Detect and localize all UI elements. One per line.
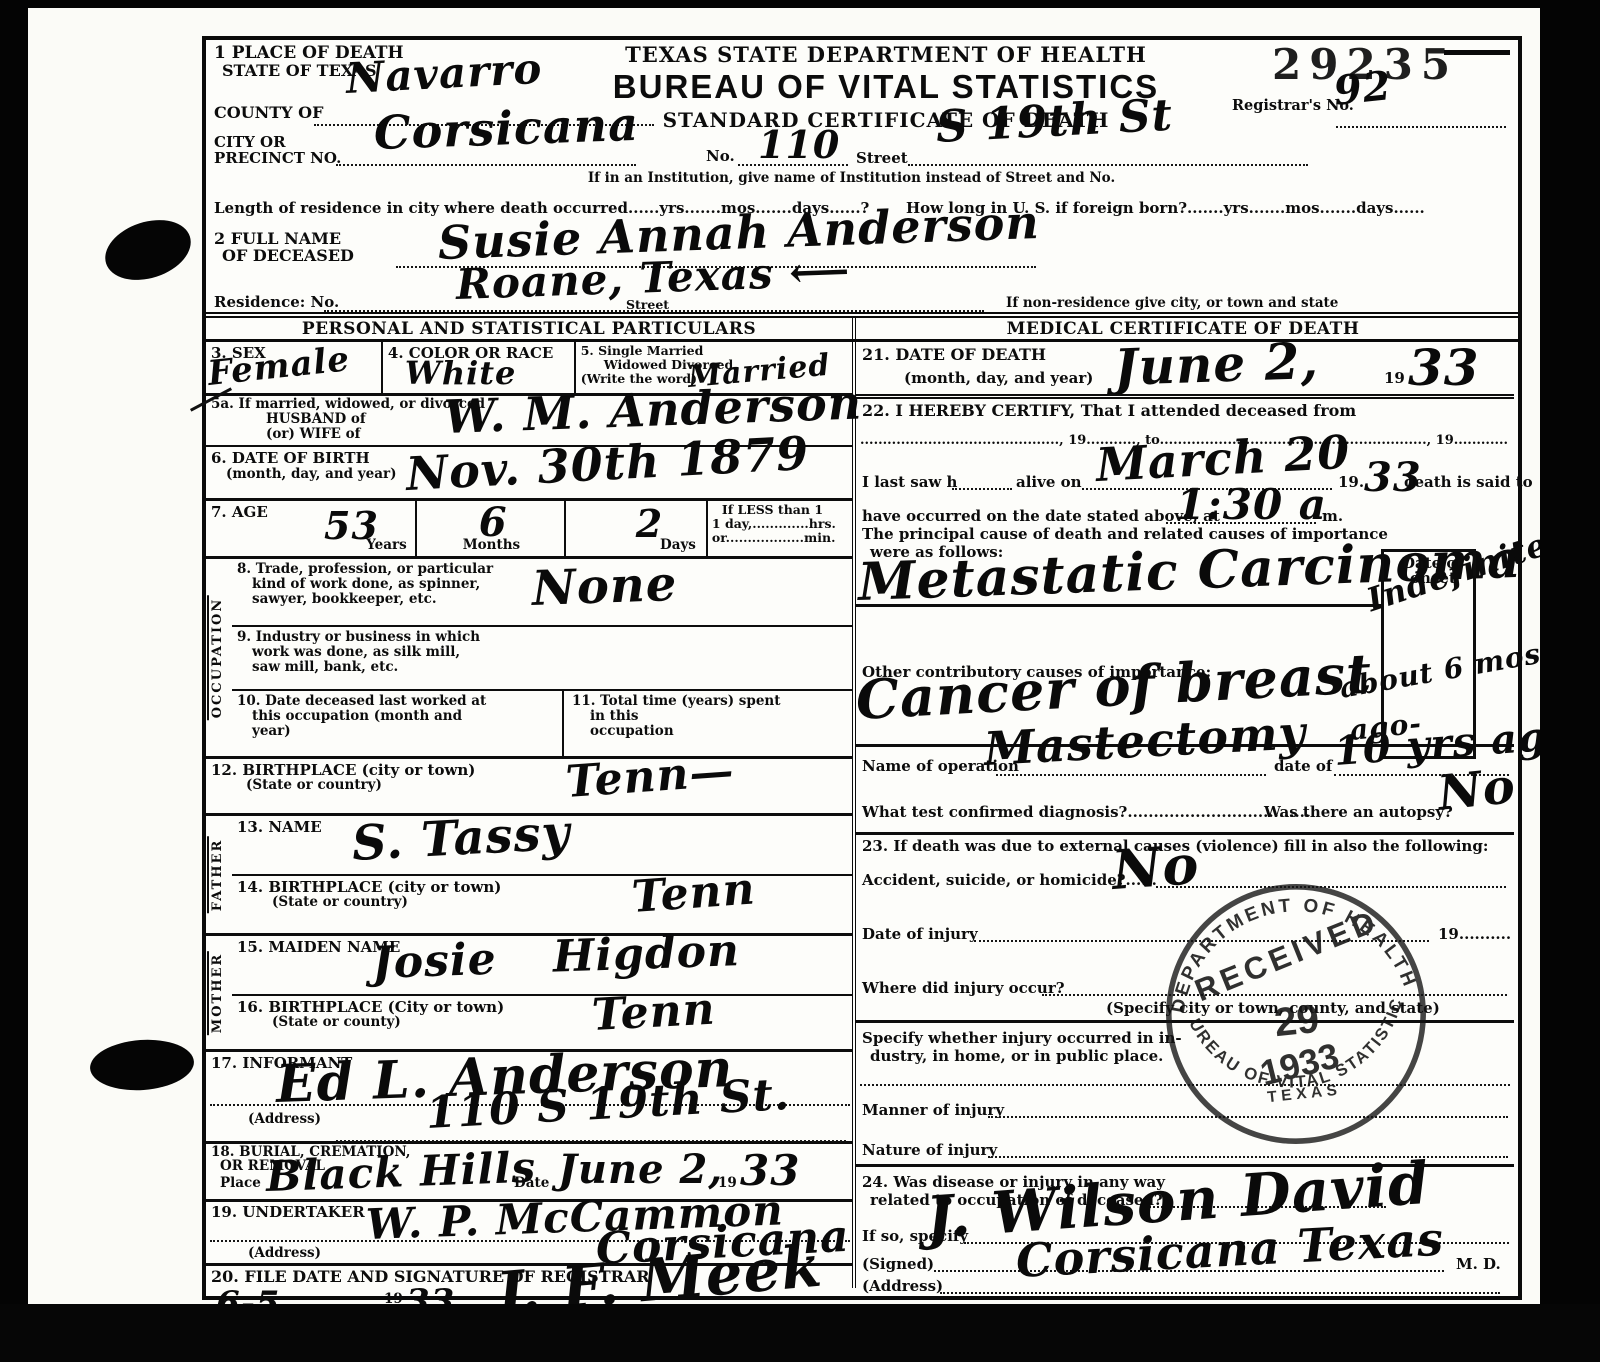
dod-year-value: 33: [1408, 338, 1480, 397]
trade-row: 8. Trade, profession, or particular kind…: [232, 559, 852, 627]
dotted-leader: [1336, 126, 1506, 128]
lastwork-row: 10. Date deceased last worked at this oc…: [232, 691, 852, 757]
scanned-death-certificate: TEXAS STATE DEPARTMENT OF HEALTH BUREAU …: [0, 0, 1600, 1362]
section-titles: PERSONAL AND STATISTICAL PARTICULARS MED…: [206, 312, 1518, 342]
totaltime-label-3: occupation: [590, 724, 674, 739]
injury-date-year: 19..........: [1438, 926, 1511, 943]
injury-where-label: Where did injury occur?: [862, 980, 1065, 997]
totaltime-label-1: 11. Total time (years) spent: [572, 694, 781, 709]
dotted-leader: [336, 1140, 846, 1142]
totaltime-label-2: in this: [590, 709, 638, 724]
occupation-group: OCCUPATION 8. Trade, profession, or part…: [206, 559, 852, 759]
file-date-value: 6-5: [216, 1284, 280, 1304]
industry-label-3: saw mill, bank, etc.: [252, 660, 398, 675]
spouse-label-3: (or) WIFE of: [266, 427, 360, 442]
father-side-label: FATHER: [207, 836, 226, 913]
date-of-death-sub: (month, day, and year): [904, 370, 1093, 387]
industry-label-2: work was done, as silk mill,: [252, 645, 460, 660]
mother-side-label: MOTHER: [207, 950, 226, 1034]
stamp-dash: [1444, 50, 1510, 55]
father-birthplace-row: 14. BIRTHPLACE (city or town) (State or …: [232, 876, 852, 934]
house-no-label: No.: [706, 148, 735, 165]
occupation-side-label: OCCUPATION: [207, 595, 226, 720]
industry-row: 9. Industry or business in which work wa…: [232, 627, 852, 691]
county-value: Navarro: [345, 44, 544, 103]
manner-of-injury-label: Manner of injury: [862, 1102, 1004, 1119]
trade-value: None: [531, 556, 678, 617]
nature-of-injury-label: Nature of injury: [862, 1142, 997, 1159]
date-of-death-label: 21. DATE OF DEATH: [862, 346, 1046, 364]
injury-env-label-1: Specify whether injury occurred in in-: [862, 1030, 1182, 1047]
father-name-value: S. Tassy: [351, 805, 572, 872]
scan-bottom-bar: [0, 1304, 1600, 1362]
burial-place-value: Black Hills: [265, 1143, 537, 1201]
race-cell: 4. COLOR OR RACE White: [383, 342, 576, 393]
columns: 3. SEX Female 4. COLOR OR RACE White 5. …: [206, 342, 1518, 1288]
dob-label-2: (month, day, and year): [226, 467, 396, 482]
occurred-unit: m.: [1322, 508, 1343, 525]
age-row: 7. AGE Years 53 Months 6 Days 2: [206, 501, 852, 559]
informant-row: 17. INFORMANT Ed L. Anderson (Address) 1…: [206, 1052, 852, 1144]
residence-label: Residence: No.: [214, 294, 339, 311]
age-days-label: Days: [660, 538, 696, 553]
hole-punch-bottom: [88, 1036, 195, 1093]
age-months-cell: Months 6: [417, 501, 566, 556]
dotted-leader: [1166, 522, 1316, 524]
lastwork-label-1: 10. Date deceased last worked at: [237, 694, 486, 709]
personal-column: 3. SEX Female 4. COLOR OR RACE White 5. …: [206, 342, 856, 1288]
dotted-leader: [336, 164, 636, 166]
mother-birthplace-label-2: (State or county): [272, 1015, 401, 1030]
autopsy-label: Was there an autopsy?: [1264, 804, 1453, 821]
certificate-form: TEXAS STATE DEPARTMENT OF HEALTH BUREAU …: [202, 36, 1522, 1300]
date-of-death-value: June 2,: [1113, 331, 1320, 397]
rule-line: [856, 604, 1381, 607]
dotted-leader: [908, 164, 1308, 166]
header-department: TEXAS STATE DEPARTMENT OF HEALTH: [506, 42, 1266, 67]
file-year-printed: 19: [384, 1292, 403, 1304]
age-years-value: 53: [324, 503, 379, 548]
physician-address-label: (Address): [862, 1278, 943, 1295]
dotted-leader: [940, 1292, 1500, 1294]
informant-address-label: (Address): [248, 1112, 321, 1127]
received-stamp: DEPARTMENT OF HEALTH RECEIVED 29 1933 TE…: [1137, 855, 1456, 1174]
spouse-label-2: HUSBAND of: [266, 412, 366, 427]
mother-birthplace-value: Tenn: [591, 984, 717, 1041]
full-name-label-2: OF DECEASED: [222, 247, 354, 265]
mother-group: MOTHER 15. MAIDEN NAME Josie Higdon 16. …: [206, 936, 852, 1052]
medical-column: 21. DATE OF DEATH (month, day, and year)…: [856, 342, 1514, 1288]
injury-env-label-2: dustry, in home, or in public place.: [870, 1048, 1163, 1065]
injury-date-label: Date of injury: [862, 926, 978, 943]
operation-date-label: date of: [1274, 758, 1332, 775]
marital-label-1: 5. Single Married: [581, 344, 704, 358]
father-name-row: 13. NAME S. Tassy: [232, 816, 852, 876]
file-year-value: 33: [406, 1282, 455, 1304]
age-less-label-1: If LESS than 1: [722, 503, 823, 517]
dod-year-printed: 19: [1384, 370, 1405, 387]
personal-section-title: PERSONAL AND STATISTICAL PARTICULARS: [206, 318, 856, 339]
received-stamp-svg: DEPARTMENT OF HEALTH RECEIVED 29 1933 TE…: [1137, 855, 1456, 1174]
certify-label: 22. I HEREBY CERTIFY, That I attended de…: [862, 402, 1356, 420]
trade-label-1: 8. Trade, profession, or particular: [237, 562, 493, 577]
age-label: 7. AGE: [211, 504, 268, 521]
lastwork-label-2: this occupation (month and: [252, 709, 462, 724]
dob-label-1: 6. DATE OF BIRTH: [211, 450, 370, 467]
age-less-cell: If LESS than 1 1 day,.............hrs. o…: [708, 501, 852, 556]
burial-place-label: Place: [220, 1176, 261, 1191]
street-label: Street: [856, 150, 908, 167]
city-value: Corsicana: [373, 97, 640, 160]
signed-label: (Signed): [862, 1256, 934, 1273]
age-less-label-2: 1 day,.............hrs.: [712, 517, 836, 531]
county-label: COUNTY OF: [214, 104, 323, 122]
father-birthplace-label-2: (State or country): [272, 895, 408, 910]
institution-note: If in an Institution, give name of Insti…: [579, 171, 1124, 186]
hole-punch-top: [98, 210, 199, 290]
house-no-value: 110: [758, 122, 840, 167]
autopsy-value: No: [1435, 758, 1518, 822]
paper: TEXAS STATE DEPARTMENT OF HEALTH BUREAU …: [28, 8, 1540, 1304]
street-value: S 19th St: [935, 90, 1174, 153]
industry-label-1: 9. Industry or business in which: [237, 630, 480, 645]
stamp-received: RECEIVED: [1190, 903, 1384, 1009]
mother-birthplace-row: 16. BIRTHPLACE (City or town) (State or …: [232, 996, 852, 1050]
lastsaw-pre: I last saw h: [862, 474, 957, 491]
city-label-2: PRECINCT NO.: [214, 150, 341, 167]
undertaker-address-label: (Address): [248, 1246, 321, 1261]
rule-line: [856, 394, 1514, 399]
nonresidence-note: If non-residence give city, or town and …: [1006, 296, 1338, 311]
registrar-no-value: 92: [1332, 62, 1394, 115]
burial-date-label: Date: [514, 1176, 549, 1191]
file-date-row: 20. FILE DATE AND SIGNATURE OF REGISTRAR…: [206, 1266, 852, 1304]
age-days-value: 2: [636, 501, 663, 546]
age-days-cell: Days 2: [566, 501, 708, 556]
cell-divider: [562, 691, 564, 757]
dob-row: 6. DATE OF BIRTH (month, day, and year) …: [206, 447, 852, 501]
birthplace-label-2: (State or country): [246, 778, 382, 793]
age-less-label-3: or..................min.: [712, 531, 836, 545]
lastwork-label-3: year): [252, 724, 291, 739]
stamp-day: 29: [1272, 996, 1321, 1045]
dotted-leader: [996, 774, 1266, 776]
test-label: What test confirmed diagnosis?..........…: [862, 804, 1310, 821]
lastsaw-post: death is said to: [1404, 474, 1533, 491]
birthplace-value: Tenn—: [564, 745, 736, 808]
father-name-label: 13. NAME: [237, 819, 322, 836]
trade-label-3: sawyer, bookkeeper, etc.: [252, 592, 437, 607]
father-group: FATHER 13. NAME S. Tassy 14. BIRTHPLACE …: [206, 816, 852, 936]
sex-cell: 3. SEX Female: [206, 342, 383, 393]
race-value: White: [405, 354, 517, 392]
age-months-value: 6: [479, 499, 508, 546]
age-years-cell: 7. AGE Years 53: [206, 501, 417, 556]
lastsaw-mid: alive on: [1016, 474, 1082, 491]
md-label: M. D.: [1456, 1256, 1501, 1273]
dotted-leader: [952, 488, 1012, 490]
trade-label-2: kind of work done, as spinner,: [252, 577, 480, 592]
lastsaw-year-printed: 19.: [1338, 474, 1364, 491]
father-birthplace-value: Tenn: [630, 863, 757, 923]
mother-name-row: 15. MAIDEN NAME Josie Higdon: [232, 936, 852, 996]
undertaker-label: 19. UNDERTAKER: [211, 1204, 365, 1221]
burial-date-value: June 2,: [558, 1146, 723, 1193]
